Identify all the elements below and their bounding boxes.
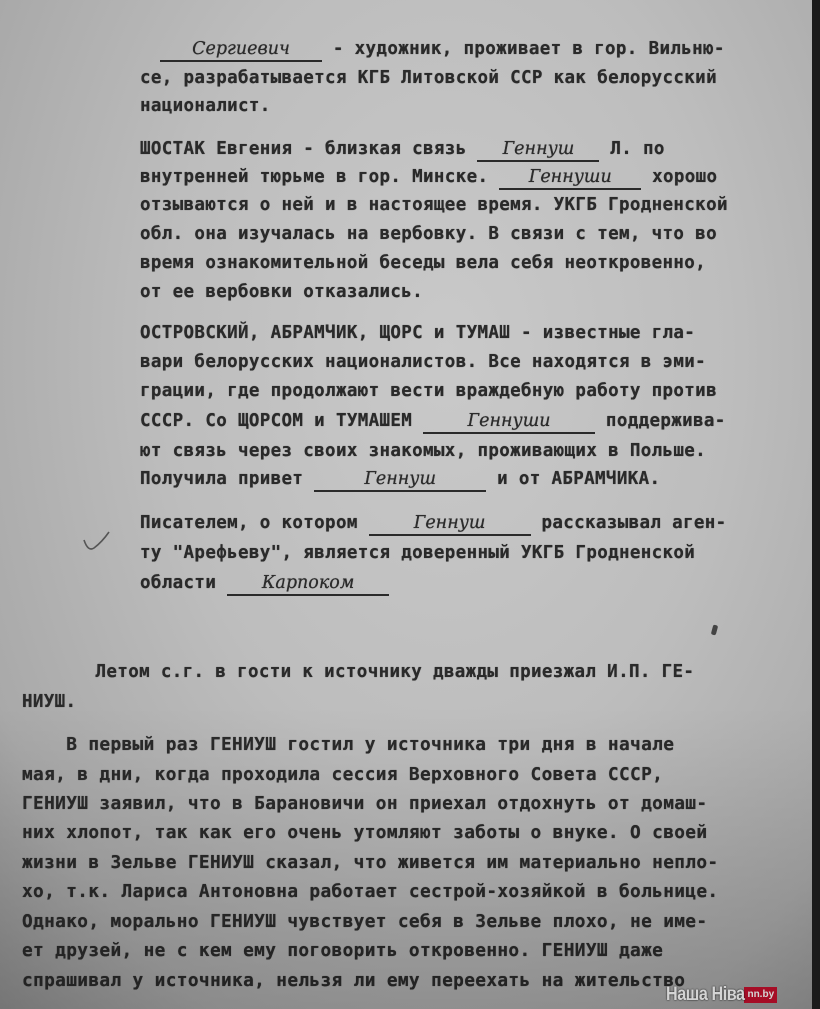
line-text: и от АБРАМЧИКА.: [486, 469, 660, 489]
doc-line: ют связь через своих знакомых, проживающ…: [140, 440, 706, 462]
doc-line: обл. она изучалась на вербовку. В связи …: [140, 223, 717, 245]
handwritten-name: Геннуши: [423, 410, 595, 434]
doc-line: Сергиевич - художник, проживает в гор. В…: [160, 38, 725, 62]
doc-line: вари белорусских националистов. Все нахо…: [140, 351, 706, 373]
ink-blot: [711, 625, 718, 636]
doc-line: ОСТРОВСКИЙ, АБРАМЧИК, ЩОРС и ТУМАШ - изв…: [140, 322, 695, 344]
doc-line: хо, т.к. Лариса Антоновна работает сестр…: [22, 881, 718, 903]
doc-line: время ознакомительной беседы вела себя н…: [140, 252, 706, 274]
doc-line: ет друзей, не с кем ему поговорить откро…: [22, 940, 663, 962]
doc-line: ту "Арефьеву", является доверенный УКГБ …: [140, 542, 695, 564]
line-text: ШОСТАК Евгения - близкая связь: [140, 139, 477, 159]
doc-line: се, разрабатывается КГБ Литовской ССР ка…: [140, 67, 717, 89]
watermark-logo: Наша Ніва nn.by: [666, 985, 777, 1005]
doc-line: ГЕНИУШ заявил, что в Барановичи он приех…: [22, 793, 707, 815]
handwritten-name: Геннуш: [477, 138, 599, 162]
handwritten-name: Геннуш: [314, 468, 486, 492]
doc-line: В первый раз ГЕНИУШ гостил у источника т…: [22, 734, 674, 756]
doc-line: Писателем, о котором Геннуш рассказывал …: [140, 512, 727, 536]
watermark-badge: nn.by: [744, 987, 777, 1003]
line-text: Получила привет: [140, 469, 314, 489]
doc-line: жизни в Зельве ГЕНИУШ сказал, что живетс…: [22, 852, 718, 874]
line-text: Писателем, о котором: [140, 513, 369, 533]
doc-line: СССР. Со ЩОРСОМ и ТУМАШЕМ Геннуши поддер…: [140, 410, 726, 434]
document-page: Сергиевич - художник, проживает в гор. В…: [0, 0, 812, 1009]
handwritten-name: Геннуш: [369, 512, 531, 536]
line-text: рассказывал аген-: [531, 513, 727, 533]
doc-line: националист.: [140, 95, 271, 117]
doc-line: ШОСТАК Евгения - близкая связь Геннуш Л.…: [140, 138, 665, 162]
doc-line: мая, в дни, когда проходила сессия Верхо…: [22, 764, 663, 786]
line-text: СССР. Со ЩОРСОМ и ТУМАШЕМ: [140, 411, 423, 431]
watermark-name: Наша Ніва: [666, 984, 745, 1006]
doc-line: отзываются о ней и в настоящее время. УК…: [140, 194, 728, 216]
doc-line: них хлопот, так как его очень утомляют з…: [22, 822, 707, 844]
doc-line: Летом с.г. в гости к источнику дважды пр…: [52, 661, 694, 683]
doc-line: Однако, морально ГЕНИУШ чувствует себя в…: [22, 911, 707, 933]
line-text: области: [140, 573, 227, 593]
doc-line: внутренней тюрьме в гор. Минске. Геннуши…: [140, 166, 717, 190]
doc-line: спрашивал у источника, нельзя ли ему пер…: [22, 970, 685, 992]
handwritten-name: Сергиевич: [160, 38, 322, 62]
doc-line: НИУШ.: [22, 691, 76, 713]
line-text: внутренней тюрьме в гор. Минске.: [140, 167, 499, 187]
doc-line: Получила привет Геннуш и от АБРАМЧИКА.: [140, 468, 660, 492]
line-text: поддержива-: [595, 411, 726, 431]
doc-line: области Карпоком: [140, 572, 389, 596]
doc-line: грации, где продолжают вести враждебную …: [140, 380, 717, 402]
line-text: - художник, проживает в гор. Вильню-: [322, 39, 725, 59]
doc-line: от ее вербовки отказались.: [140, 281, 423, 303]
line-text: Л. по: [599, 139, 664, 159]
handwritten-name: Геннуши: [499, 166, 641, 190]
line-text: хорошо: [641, 167, 717, 187]
checkmark-icon: [82, 530, 112, 554]
handwritten-name: Карпоком: [227, 572, 389, 596]
scan-edge: [812, 0, 820, 1009]
